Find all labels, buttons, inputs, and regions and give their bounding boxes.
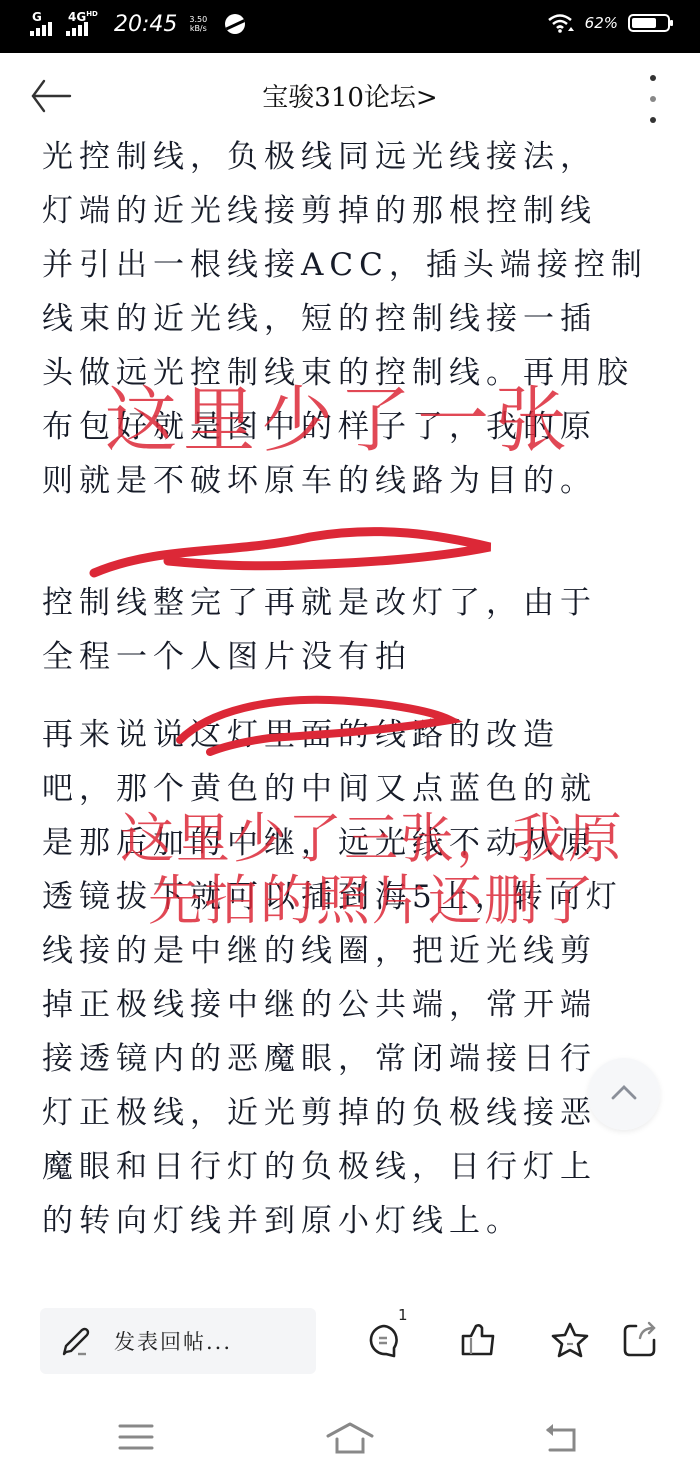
paragraph-2: 控制线整完了再就是改灯了，由于 全程一个人图片没有拍 bbox=[42, 576, 597, 684]
thumbs-up-icon[interactable] bbox=[458, 1320, 498, 1360]
post-action-bar: 发表回帖... 1 bbox=[0, 1300, 700, 1380]
text-line: 掉正极线接中继的公共端，常开端 bbox=[42, 978, 623, 1032]
text-line: 吧，那个黄色的中间又点蓝色的就 bbox=[42, 762, 623, 816]
text-line: 是那后加的中继，远光线不动从原 bbox=[42, 816, 623, 870]
battery-icon bbox=[628, 14, 670, 32]
text-line: 再来说说这灯里面的线路的改造 bbox=[42, 708, 623, 762]
pencil-icon bbox=[60, 1324, 94, 1358]
text-line: 线接的是中继的线圈，把近光线剪 bbox=[42, 924, 623, 978]
star-icon[interactable] bbox=[550, 1320, 590, 1360]
text-line: 接透镜内的恶魔眼，常闭端接日行 bbox=[42, 1032, 623, 1086]
chevron-up-icon bbox=[610, 1082, 638, 1102]
text-line: 光控制线，负极线同远光线接法， bbox=[42, 130, 648, 184]
paragraph-3: 再来说说这灯里面的线路的改造 吧，那个黄色的中间又点蓝色的就 是那后加的中继，远… bbox=[42, 708, 623, 1248]
app-header: 宝骏310论坛> bbox=[0, 53, 700, 138]
scroll-to-top-button[interactable] bbox=[588, 1058, 660, 1130]
text-line: 灯正极线，近光剪掉的负极线接恶 bbox=[42, 1086, 623, 1140]
reply-input[interactable]: 发表回帖... bbox=[40, 1308, 316, 1374]
text-line: 则就是不破坏原车的线路为目的。 bbox=[42, 454, 648, 508]
menu-icon[interactable] bbox=[118, 1422, 154, 1452]
text-line: 头做远光控制线束的控制线。再用胶 bbox=[42, 346, 648, 400]
signal-2-sup: HD bbox=[86, 10, 98, 18]
text-line: 的转向灯线并到原小灯线上。 bbox=[42, 1194, 623, 1248]
text-line: 透镜拔下就可以插到海5上，转向灯 bbox=[42, 870, 623, 924]
network-speed: 3.50kB/s bbox=[189, 15, 207, 33]
forum-title-link[interactable]: 宝骏310论坛> bbox=[0, 77, 700, 114]
battery-percent: 62% bbox=[585, 14, 618, 32]
reply-placeholder: 发表回帖... bbox=[114, 1326, 232, 1356]
system-nav-bar bbox=[0, 1400, 700, 1477]
home-icon[interactable] bbox=[326, 1422, 374, 1454]
text-line: 线束的近光线，短的控制线接一插 bbox=[42, 292, 648, 346]
more-vertical-icon[interactable] bbox=[648, 75, 658, 123]
text-line: 全程一个人图片没有拍 bbox=[42, 630, 597, 684]
browser-globe-icon bbox=[225, 14, 245, 34]
text-line: 并引出一根线接ACC，插头端接控制 bbox=[42, 238, 648, 292]
text-line: 灯端的近光线接剪掉的那根控制线 bbox=[42, 184, 648, 238]
paragraph-1: 光控制线，负极线同远光线接法， 灯端的近光线接剪掉的那根控制线 并引出一根线接A… bbox=[42, 130, 648, 508]
comment-count-badge: 1 bbox=[398, 1306, 408, 1324]
wifi-icon bbox=[547, 13, 575, 33]
share-icon[interactable] bbox=[620, 1320, 660, 1360]
clock: 20:45 bbox=[114, 12, 177, 37]
signal-icon: G bbox=[30, 10, 58, 38]
signal-icon: 4GHD bbox=[66, 10, 100, 38]
back-icon[interactable] bbox=[544, 1422, 580, 1454]
text-line: 布包好就是图中的样子了，我的原 bbox=[42, 400, 648, 454]
text-line: 魔眼和日行灯的负极线，日行灯上 bbox=[42, 1140, 623, 1194]
comment-icon[interactable] bbox=[364, 1320, 404, 1360]
status-bar: G 4GHD 20:45 3.50kB/s 62% bbox=[0, 0, 700, 53]
text-line: 控制线整完了再就是改灯了，由于 bbox=[42, 576, 597, 630]
